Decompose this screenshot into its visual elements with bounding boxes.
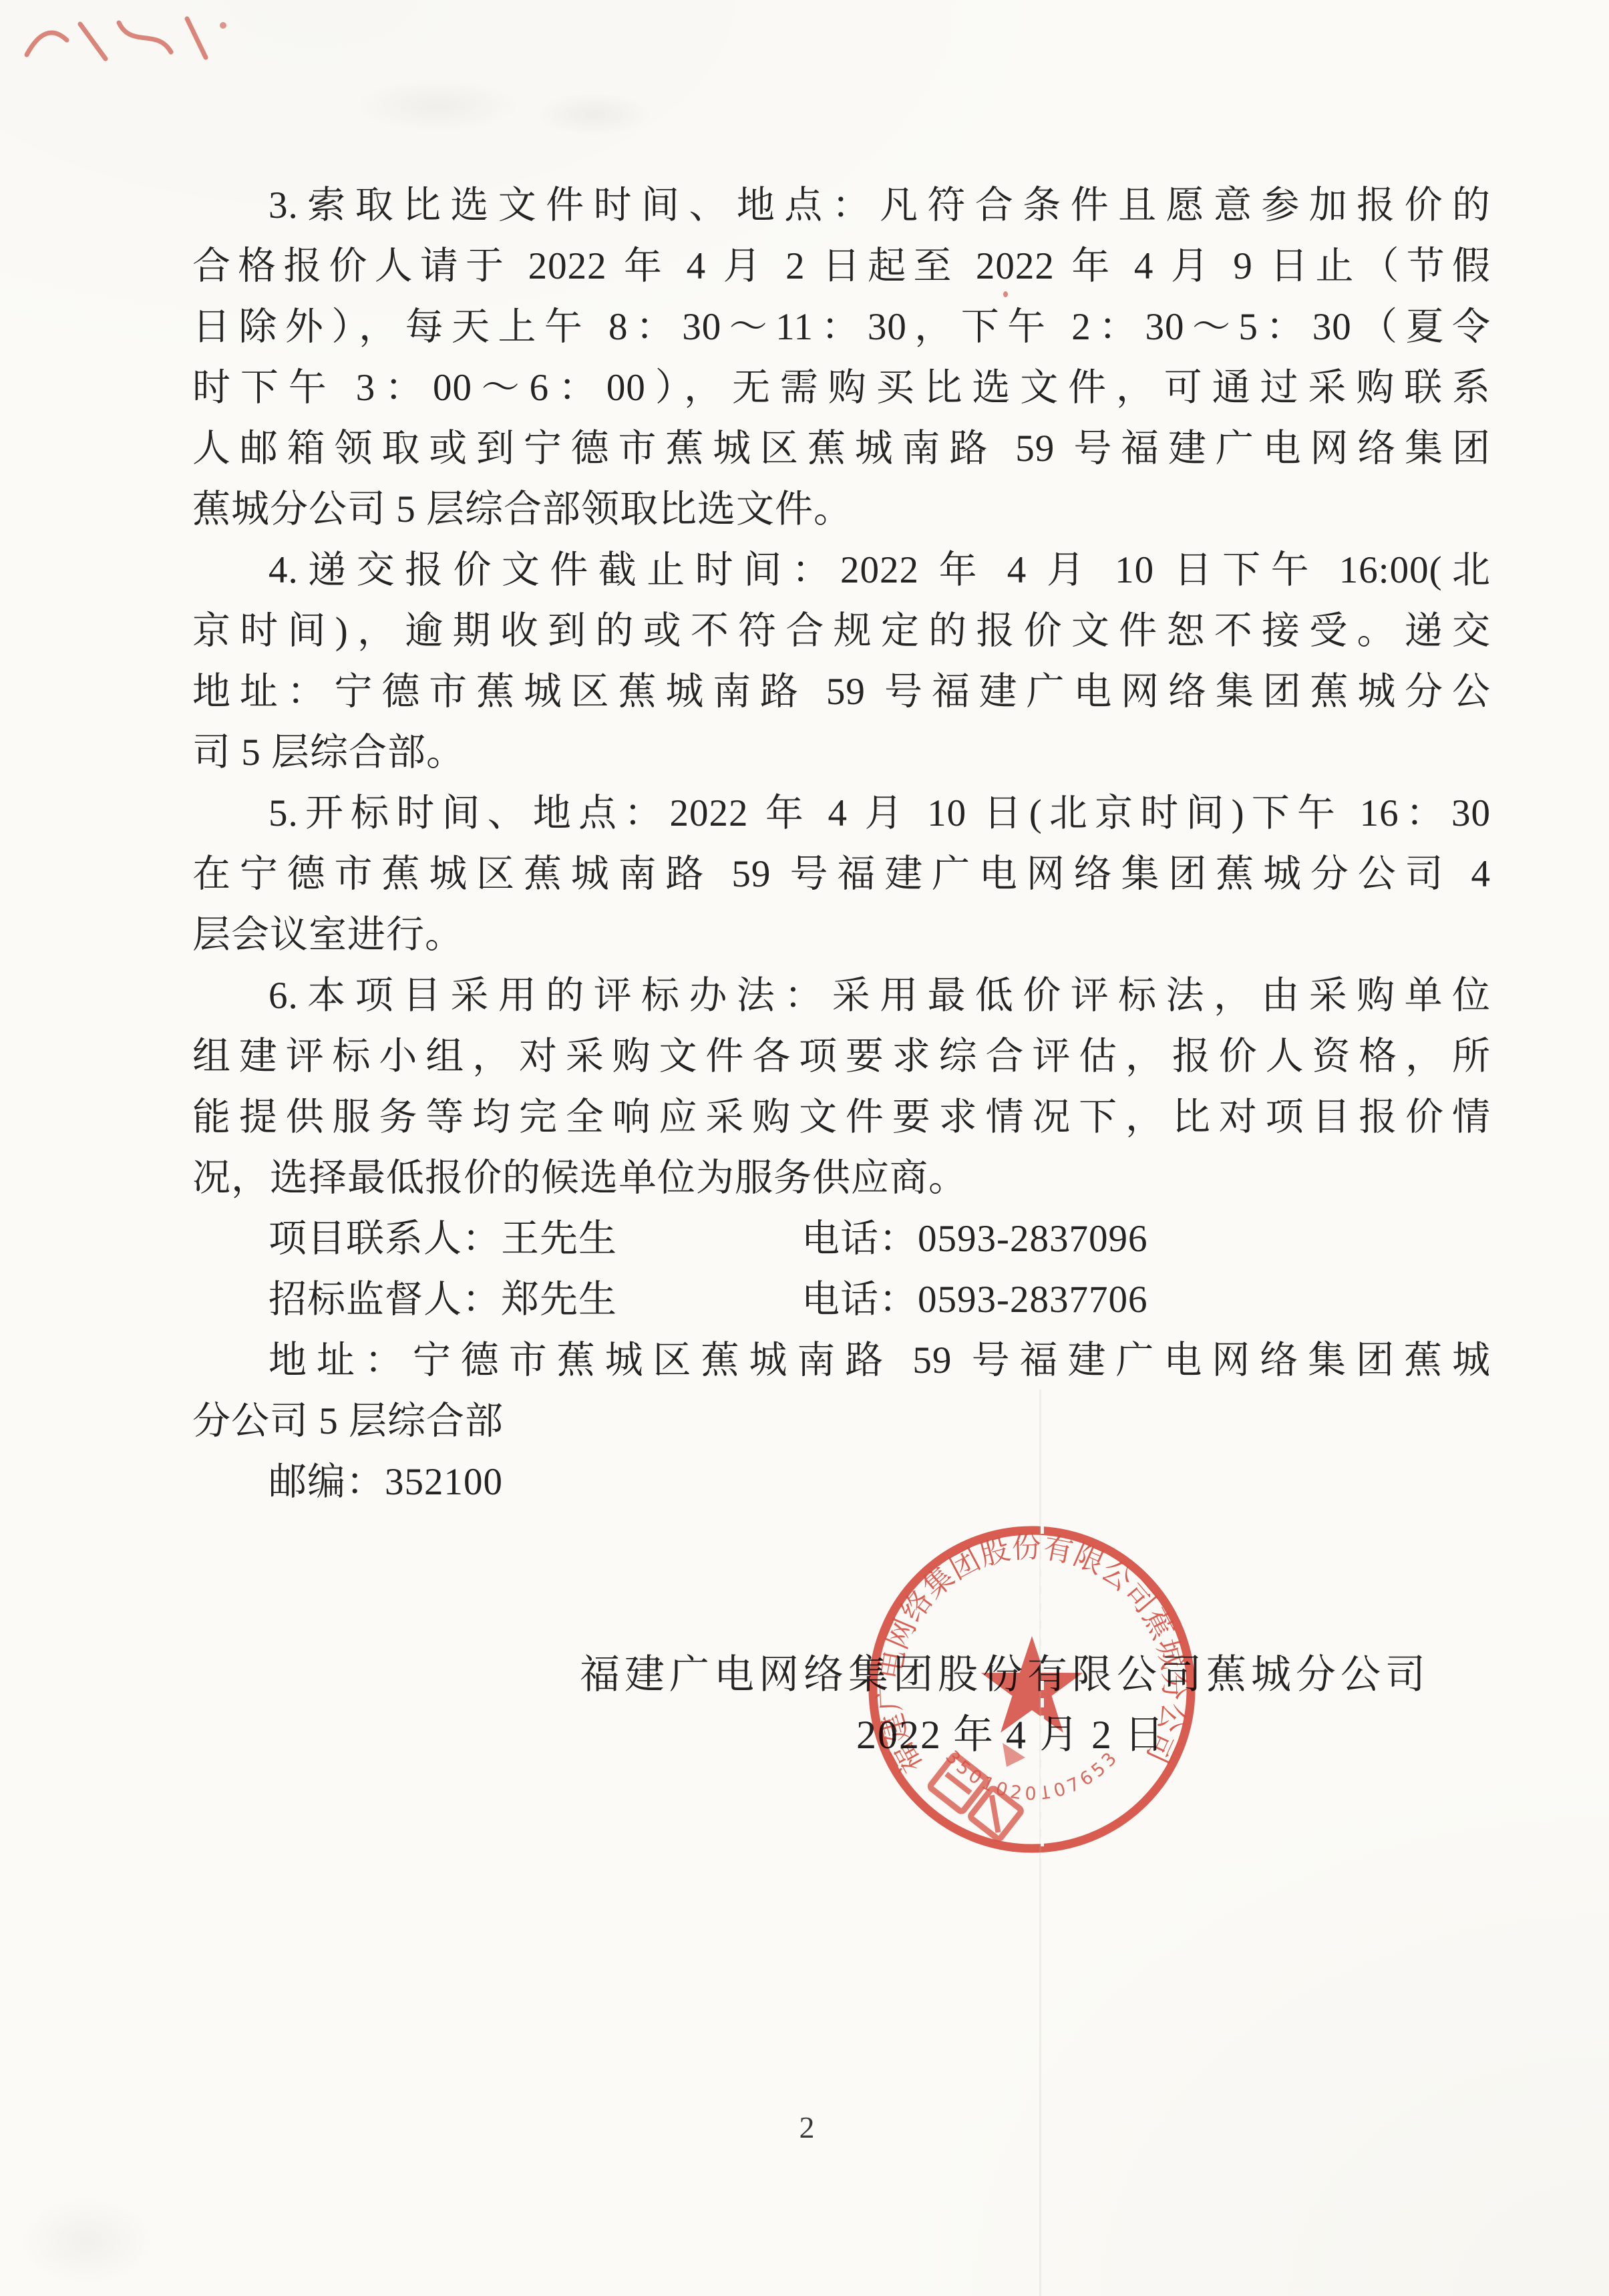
scan-smudge xyxy=(20,2198,154,2285)
text-line: 地址：宁德市蕉城区蕉城南路 59 号福建广电网络集团蕉城分公 xyxy=(192,661,1491,722)
text-line: 4.递交报价文件截止时间：2022 年 4 月 10 日下午 16:00(北 xyxy=(192,540,1491,601)
text-line: 分公司 5 层综合部 xyxy=(192,1391,1491,1452)
text-line: 6.本项目采用的评标办法：采用最低价评标法，由采购单位 xyxy=(192,965,1491,1026)
text-line: 蕉城分公司 5 层综合部领取比选文件。 xyxy=(192,479,1491,540)
text-line: 京时间)，逾期收到的或不符合规定的报价文件恕不接受。递交 xyxy=(192,601,1491,661)
svg-text:3501020107653: 3501020107653 xyxy=(941,1747,1121,1804)
corner-ink-marks-icon xyxy=(19,5,239,79)
contact-phone: 电话：0593-2837706 xyxy=(801,1269,1147,1330)
text-line: 况，选择最低报价的候选单位为服务供应商。 xyxy=(192,1148,1491,1208)
text-line: 合格报价人请于 2022 年 4 月 2 日起至 2022 年 4 月 9 日止… xyxy=(192,236,1491,297)
text-line: 人邮箱领取或到宁德市蕉城区蕉城南路 59 号福建广电网络集团 xyxy=(192,418,1491,479)
text-line: 3.索取比选文件时间、地点：凡符合条件且愿意参加报价的 xyxy=(192,175,1491,236)
scanned-document-page: { "document": { "lines": [ {"text": "3.索… xyxy=(0,0,1609,2296)
scan-smudge xyxy=(354,79,521,132)
text-line: 组建评标小组，对采购文件各项要求综合评估，报价人资格，所 xyxy=(192,1026,1491,1087)
contact-label: 招标监督人：郑先生 xyxy=(269,1279,617,1321)
page-number: 2 xyxy=(780,2110,834,2145)
text-line: 地址：宁德市蕉城区蕉城南路 59 号福建广电网络集团蕉城 xyxy=(192,1330,1491,1391)
contact-line: 项目联系人：王先生电话：0593-2837096 xyxy=(192,1208,1491,1269)
text-line: 在宁德市蕉城区蕉城南路 59 号福建广电网络集团蕉城分公司 4 xyxy=(192,844,1491,905)
body-text: 3.索取比选文件时间、地点：凡符合条件且愿意参加报价的 合格报价人请于 2022… xyxy=(192,175,1491,1512)
text-line: 5.开标时间、地点：2022 年 4 月 10 日(北京时间)下午 16：30 xyxy=(192,783,1491,844)
text-line: 司 5 层综合部。 xyxy=(192,722,1491,783)
text-line: 能提供服务等均完全响应采购文件要求情况下，比对项目报价情 xyxy=(192,1087,1491,1148)
scan-smudge xyxy=(534,92,655,136)
company-seal-stamp: 福建广电网络集团股份有限公司蕉城分公司 3501020107653 xyxy=(865,1522,1199,1856)
scan-fold-gap xyxy=(1041,1524,1044,1858)
seal-serial: 3501020107653 xyxy=(941,1747,1121,1804)
text-line: 日除外），每天上午 8：30～11：30，下午 2：30～5：30（夏令 xyxy=(192,297,1491,357)
text-line: 邮编：352100 xyxy=(192,1452,1491,1512)
seal-star-icon xyxy=(981,1636,1083,1733)
text-line: 时下午 3：00～6：00），无需购买比选文件，可通过采购联系 xyxy=(192,357,1491,418)
contact-label: 项目联系人：王先生 xyxy=(269,1218,617,1260)
contact-phone: 电话：0593-2837096 xyxy=(801,1208,1147,1269)
text-line: 层会议室进行。 xyxy=(192,905,1491,965)
contact-line: 招标监督人：郑先生电话：0593-2837706 xyxy=(192,1269,1491,1330)
